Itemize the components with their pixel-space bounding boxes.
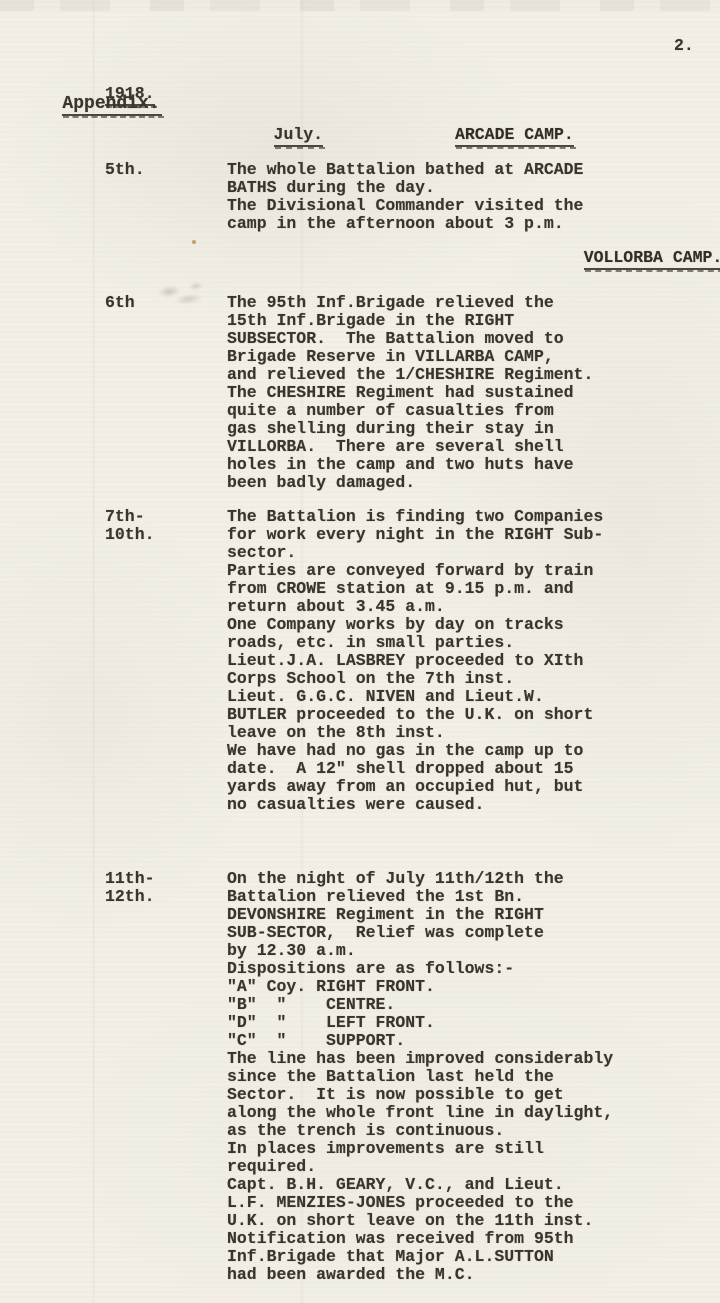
entry-date: 7th- 10th.: [105, 508, 227, 814]
section-heading-arcade-camp: ARCADE CAMP.: [455, 126, 574, 147]
diary-entry-7th-10th: 7th- 10th. The Battalion is finding two …: [105, 508, 720, 814]
entry-text: The Battalion is finding two Companies f…: [227, 508, 720, 814]
entry-text: The whole Battalion bathed at ARCADE BAT…: [227, 161, 720, 233]
section-heading-vollorba-camp: VOLLORBA CAMP.: [584, 249, 720, 270]
month-heading: July.: [274, 126, 324, 147]
entry-date: 5th.: [105, 161, 227, 233]
paper-speck: [192, 240, 196, 244]
entry-date: 6th: [105, 294, 227, 492]
entry-text: The 95th Inf.Brigade relieved the 15th I…: [227, 294, 720, 492]
entry-text: On the night of July 11th/12th the Batta…: [227, 870, 720, 1284]
appendix-label: Appendix.: [62, 95, 161, 116]
diary-entry-11th-12th: 11th- 12th. On the night of July 11th/12…: [105, 870, 720, 1284]
scan-top-edge-artifact: [0, 0, 720, 11]
diary-entry-5th: 5th. The whole Battalion bathed at ARCAD…: [105, 161, 720, 233]
entry-date: 11th- 12th.: [105, 870, 227, 1284]
diary-entry-6th: 6th The 95th Inf.Brigade relieved the 15…: [105, 294, 720, 492]
page-number: 2.: [674, 37, 694, 55]
paper-crease: [92, 0, 95, 1303]
diary-page: 2. 1918. Appendix. July. ARCADE CAMP. 5t…: [0, 0, 720, 1303]
